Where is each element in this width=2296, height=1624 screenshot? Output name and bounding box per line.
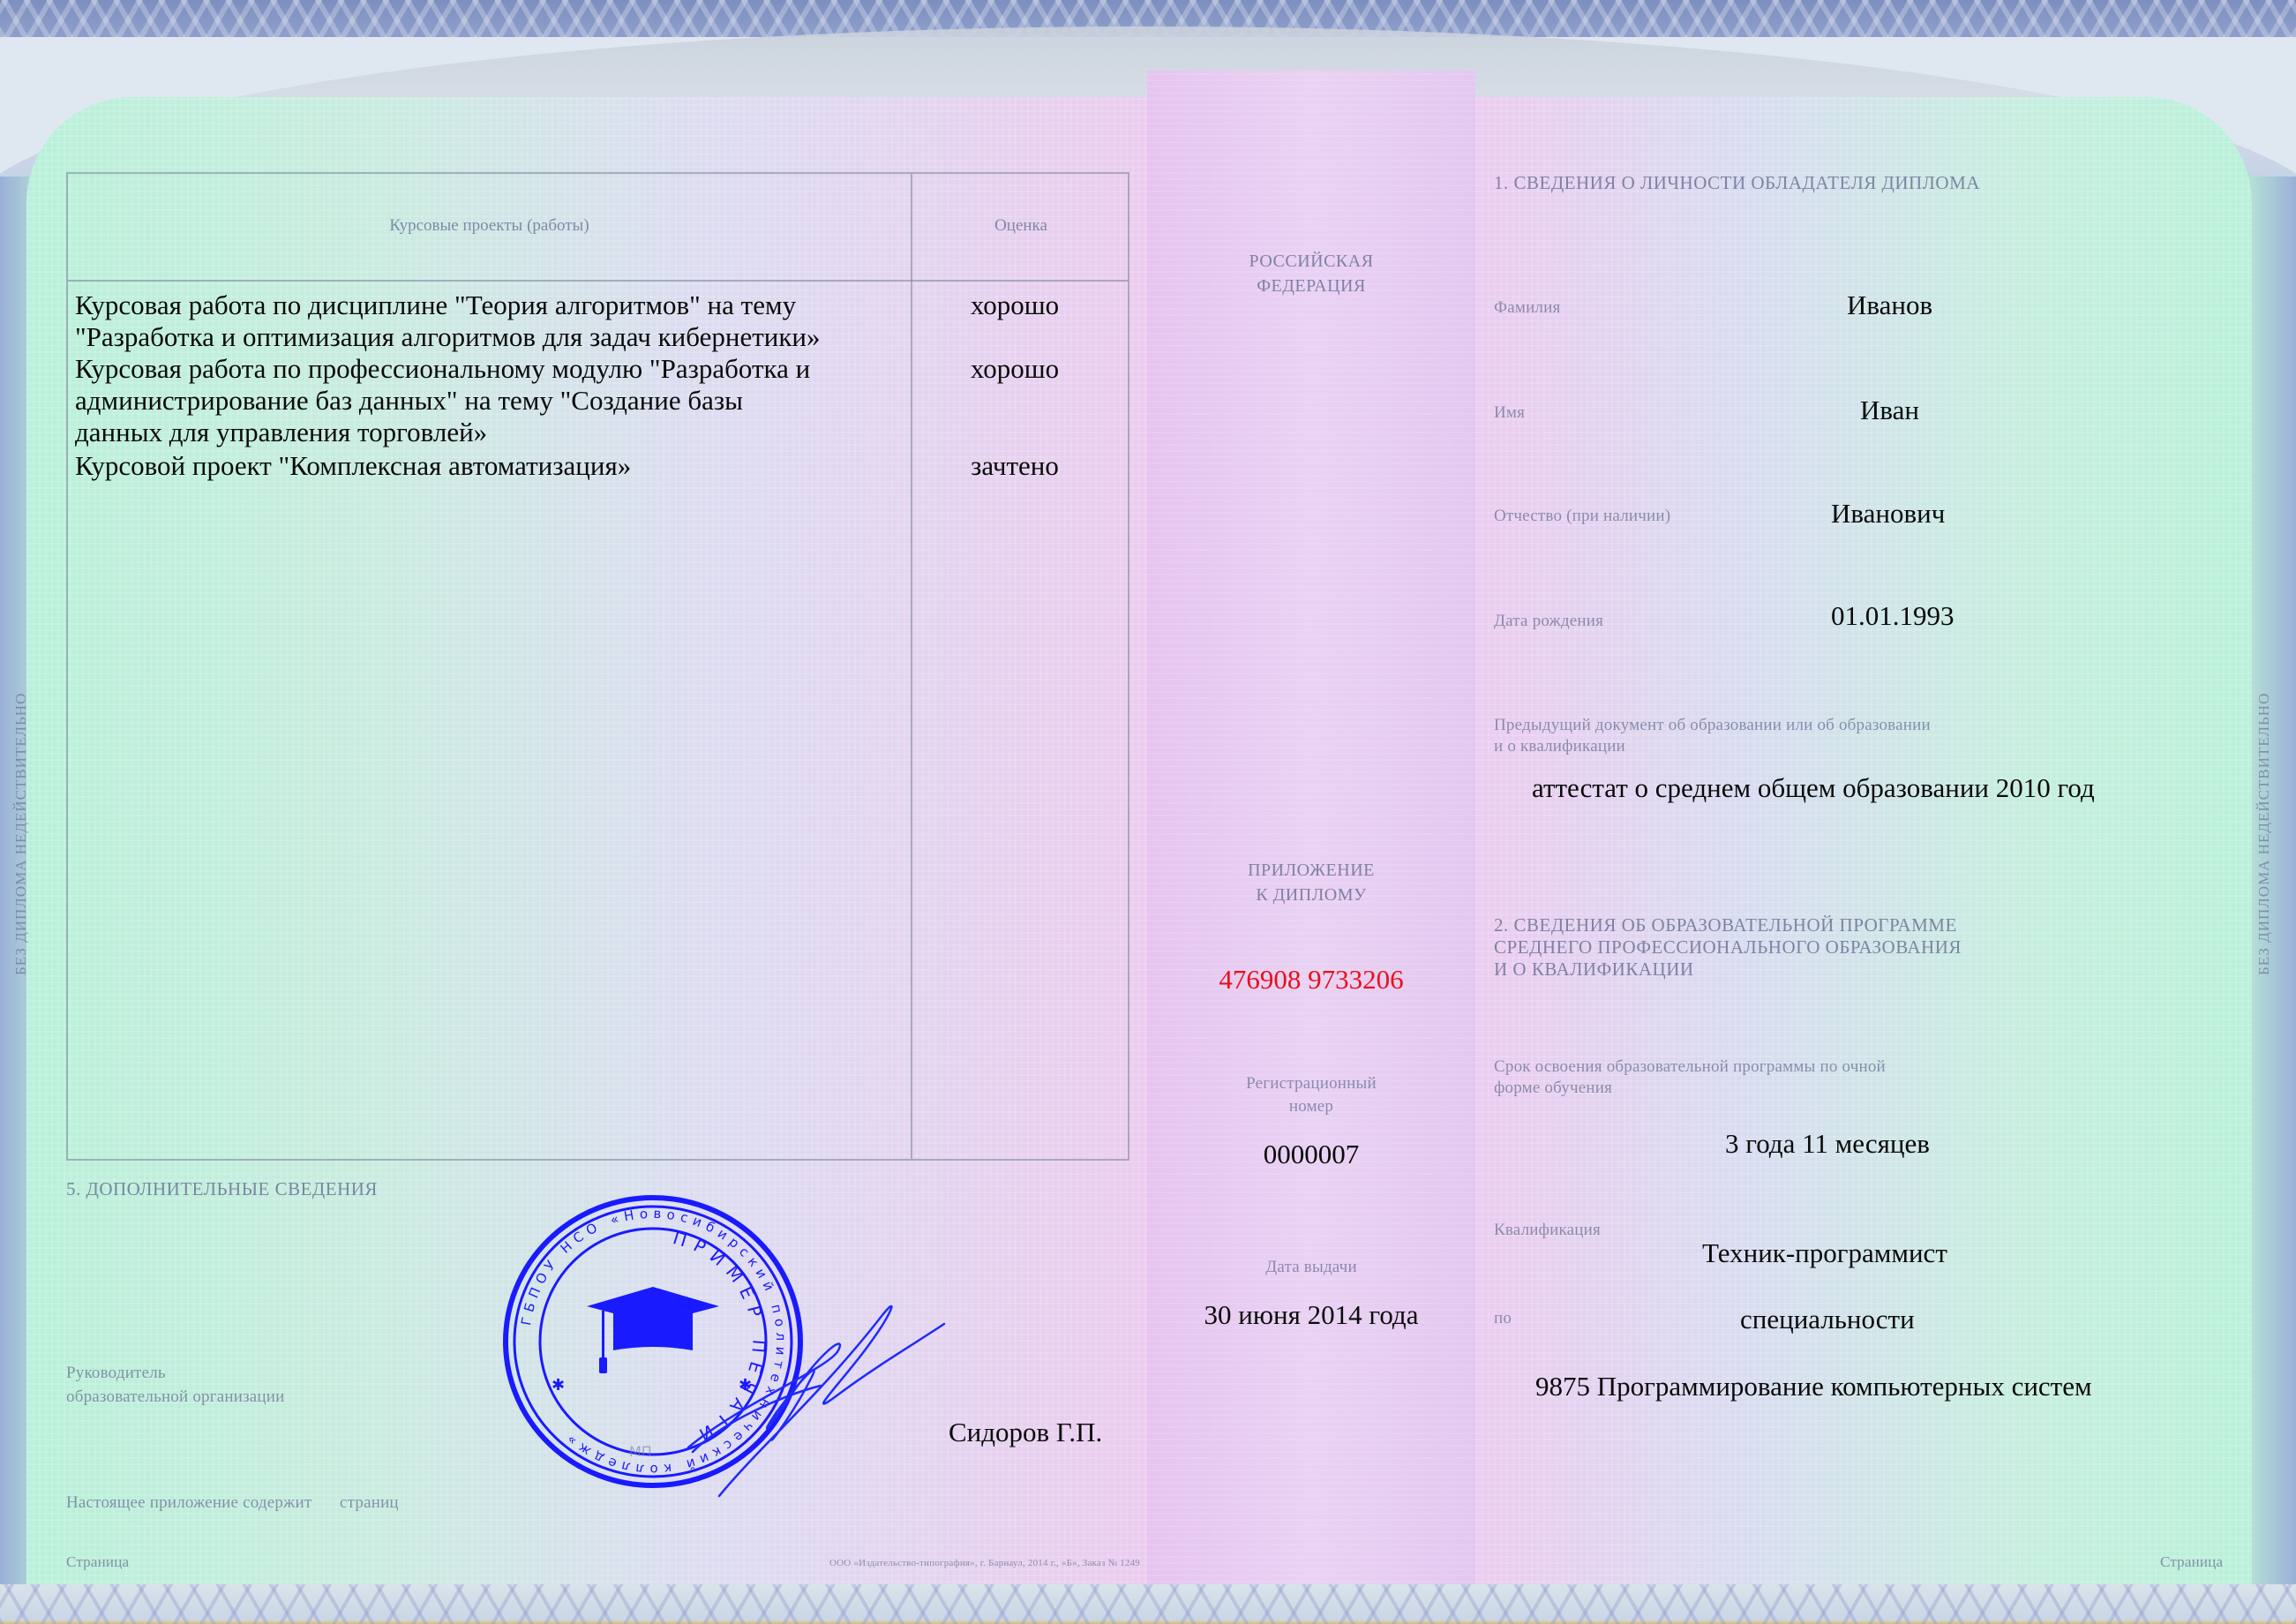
serial-number: 476908 9733206 — [1147, 964, 1475, 996]
head-label-line2: образовательной организации — [66, 1387, 285, 1407]
page-number-label: Страница — [66, 1553, 129, 1571]
pages-count-label: Настоящее приложение содержит — [66, 1493, 311, 1513]
name-label: Имя — [1494, 403, 1525, 423]
specialty-word: специальности — [1740, 1304, 1915, 1335]
country-line-1: РОССИЙСКАЯ — [1147, 249, 1475, 274]
course-title-line: данных для управления торговлей» — [75, 417, 810, 448]
course-title-line: Курсовая работа по дисциплине "Теория ал… — [75, 289, 821, 321]
head-label-line1: Руководитель — [66, 1364, 166, 1383]
svg-text:✱: ✱ — [551, 1376, 565, 1395]
duration-label: Срок освоения образовательной программы … — [1494, 1056, 1886, 1099]
country-name: РОССИЙСКАЯ ФЕДЕРАЦИЯ — [1147, 249, 1475, 298]
side-note-right: БЕЗ ДИПЛОМА НЕДЕЙСТВИТЕЛЬНО — [2255, 693, 2273, 975]
section2-heading: 2. Сведения об образовательной программе… — [1494, 914, 1962, 981]
printer-note: ООО «Издательство-типография», г. Барнау… — [829, 1558, 1140, 1568]
surname-value: Иванов — [1847, 289, 1932, 321]
issue-date: 30 июня 2014 года — [1147, 1299, 1475, 1331]
patronymic-label: Отчество (при наличии) — [1494, 507, 1670, 526]
duration-label-line-2: форме обучения — [1494, 1078, 1886, 1099]
country-line-2: ФЕДЕРАЦИЯ — [1147, 274, 1475, 298]
qualification-label: Квалификация — [1494, 1221, 1601, 1240]
name-value: Иван — [1860, 395, 1919, 426]
birth-date-label: Дата рождения — [1494, 612, 1603, 631]
title-line-2: К ДИПЛОМУ — [1147, 883, 1475, 907]
course-title-line: администрирование баз данных" на тему "С… — [75, 385, 810, 417]
course-title-line: Курсовой проект "Комплексная автоматизац… — [75, 450, 631, 482]
previous-document-label: Предыдущий документ об образовании или о… — [1494, 715, 1931, 757]
duration-value: 3 года 11 месяцев — [1725, 1128, 1930, 1160]
section5-heading: 5. Дополнительные сведения — [66, 1178, 378, 1200]
right-page-number-label: Страница — [2160, 1553, 2223, 1571]
table-row: Курсовая работа по профессиональному мод… — [75, 353, 810, 448]
patronymic-value: Иванович — [1831, 498, 1945, 530]
section2-line-2: среднего профессионального образования — [1494, 936, 1962, 959]
course-title-line: Курсовая работа по профессиональному мод… — [75, 353, 810, 385]
registration-number: 0000007 — [1147, 1139, 1475, 1170]
previous-document-value: аттестат о среднем общем образовании 201… — [1532, 772, 2095, 804]
head-name: Сидоров Г.П. — [949, 1417, 1102, 1448]
registration-number-label: Регистрационный номер — [1147, 1072, 1475, 1118]
prev-doc-label-line-2: и о квалификации — [1494, 736, 1931, 757]
issue-date-label: Дата выдачи — [1147, 1258, 1475, 1277]
reg-label-line-2: номер — [1147, 1095, 1475, 1118]
signature — [671, 1297, 953, 1509]
section2-line-1: 2. Сведения об образовательной программе — [1494, 914, 1962, 936]
duration-label-line-1: Срок освоения образовательной программы … — [1494, 1056, 1886, 1078]
decorative-bottom-border — [0, 1584, 2296, 1624]
section2-line-3: и о квалификации — [1494, 959, 1962, 981]
table-row: Курсовая работа по дисциплине "Теория ал… — [75, 289, 821, 353]
pages-count-suffix: страниц — [340, 1493, 399, 1513]
table-header-divider — [68, 280, 1128, 282]
document-title: ПРИЛОЖЕНИЕ К ДИПЛОМУ — [1147, 858, 1475, 907]
qualification-value: Техник-программист — [1702, 1237, 1947, 1269]
title-line-1: ПРИЛОЖЕНИЕ — [1147, 858, 1475, 883]
specialty-by-label: по — [1494, 1309, 1512, 1328]
center-spine — [1147, 71, 1475, 1589]
svg-text:МП: МП — [629, 1443, 652, 1460]
table-header-grade: Оценка — [912, 216, 1129, 236]
course-grade: хорошо — [904, 289, 1125, 321]
table-row: Курсовой проект "Комплексная автоматизац… — [75, 450, 631, 482]
side-note-left: БЕЗ ДИПЛОМА НЕДЕЙСТВИТЕЛЬНО — [12, 693, 30, 975]
course-title-line: "Разработка и оптимизация алгоритмов для… — [75, 321, 821, 353]
course-grade: хорошо — [904, 353, 1125, 385]
birth-date-value: 01.01.1993 — [1831, 600, 1955, 632]
surname-label: Фамилия — [1494, 298, 1560, 318]
section1-heading: 1. Сведения о личности обладателя диплом… — [1494, 172, 1980, 194]
reg-label-line-1: Регистрационный — [1147, 1072, 1475, 1095]
table-column-divider — [911, 174, 912, 1159]
prev-doc-label-line-1: Предыдущий документ об образовании или о… — [1494, 715, 1931, 736]
course-grade: зачтено — [904, 450, 1125, 482]
specialty-value: 9875 Программирование компьютерных систе… — [1535, 1371, 2092, 1402]
table-header-projects: Курсовые проекты (работы) — [68, 216, 911, 236]
